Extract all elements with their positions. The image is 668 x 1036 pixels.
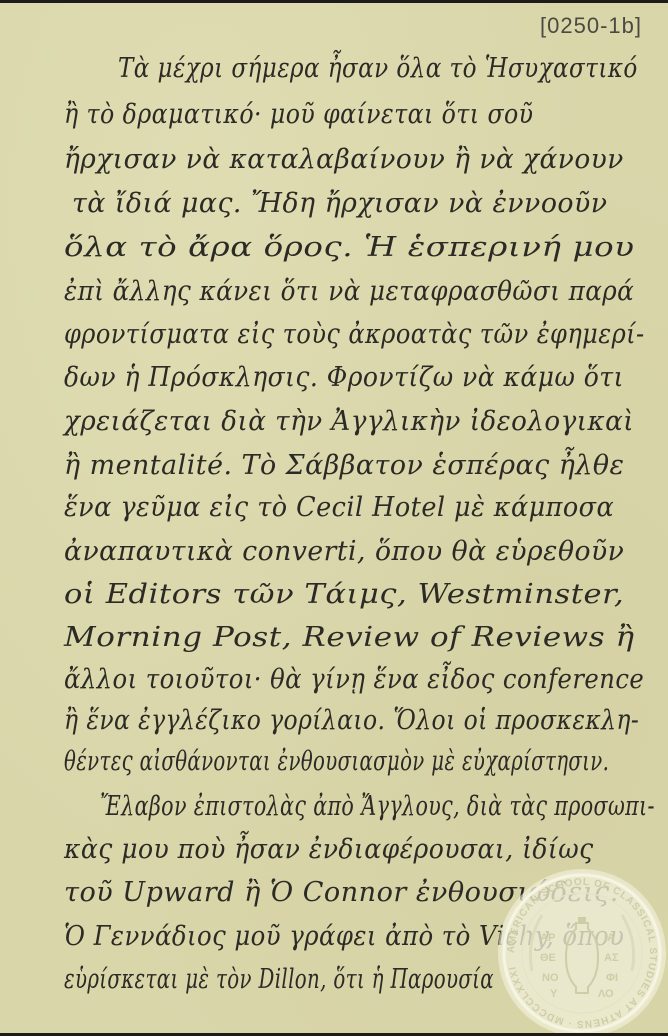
letter-line: εὑρίσκεται μὲ τὸν Dillon, ὅτι ἡ Παρουσία: [64, 964, 494, 995]
svg-text:ΝΟ: ΝΟ: [542, 972, 559, 984]
letter-line: τὰ ἴδιά μας. Ἤδη ἤρχισαν νὰ ἐννοοῦν: [72, 188, 608, 219]
letter-line: Τὰ μέχρι σήμερα ἦσαν ὅλα τὸ Ἡσυχαστικό: [118, 53, 638, 84]
letter-line: ἤρχισαν νὰ καταλαβαίνουν ἢ νὰ χάνουν: [64, 144, 624, 175]
svg-text:Υ: Υ: [550, 988, 558, 1000]
letter-line: χρειάζεται διὰ τὴν Ἀγγλικὴν ἰδεολογικαὶ: [64, 406, 634, 437]
letter-line: ἄλλοι τοιοῦτοι· θὰ γίνῃ ἕνα εἶδος confer…: [64, 664, 644, 695]
letter-line: ἢ τὸ δραματικό· μοῦ φαίνεται ὅτι σοῦ: [64, 99, 533, 130]
svg-text:ΙΑ: ΙΑ: [604, 932, 615, 944]
svg-text:ΘΕ: ΘΕ: [540, 952, 556, 964]
seal-ring-text: AMERICAN SCHOOL OF CLASSICAL STUDIES AT …: [506, 877, 658, 1029]
seal-emblem-icon: AMERICAN SCHOOL OF CLASSICAL STUDIES AT …: [500, 871, 664, 1033]
letter-line: ὅλα τὸ ἄρα ὅρος. Ἡ ἑσπερινή μου: [64, 232, 635, 263]
letter-line: οἱ Editors τῶν Τάιμς, Westminster,: [64, 579, 624, 610]
letter-line: Morning Post, Review of Reviews ἢ: [64, 622, 635, 653]
archive-watermark-seal: AMERICAN SCHOOL OF CLASSICAL STUDIES AT …: [500, 871, 664, 1033]
scanned-letter-page: [0250-1b] Τὰ μέχρι σήμερα ἦσαν ὅλα τὸ Ἡσ…: [0, 3, 668, 1033]
letter-line: θέντες αἰσθάνονται ἐνθουσιασμὸν μὲ εὐχαρ…: [64, 746, 609, 777]
svg-text:ΑΣ: ΑΣ: [604, 952, 619, 964]
letter-line: ἐπὶ ἄλλης κάνει ὅτι νὰ μεταφρασθῶσι παρά: [64, 276, 634, 307]
letter-line: ἢ ἕνα ἐγγλέζικο γορίλαιο. Ὅλοι οἱ προσκε…: [64, 705, 639, 736]
letter-line: ἀναπαυτικὰ converti, ὅπου θὰ εὑρεθοῦν: [64, 536, 624, 567]
svg-text:AMERICAN SCHOOL OF CLASSICAL S: AMERICAN SCHOOL OF CLASSICAL STUDIES AT …: [506, 877, 658, 1029]
svg-text:ΦΙ: ΦΙ: [606, 972, 618, 984]
letter-line: κὰς μου ποὺ ἦσαν ἐνδιαφέρουσαι, ἰδίως: [64, 834, 594, 865]
letter-line: ἕνα γεῦμα εἰς τὸ Cecil Hotel μὲ κάμποσα: [64, 492, 614, 523]
letter-line: δων ἡ Πρόσκλησις. Φροντίζω νὰ κάμω ὅτι: [64, 362, 624, 393]
svg-text:ΑΡ: ΑΡ: [540, 932, 555, 944]
letter-line: φροντίσματα εἰς τοὺς ἀκροατὰς τῶν ἐφημερ…: [64, 319, 645, 350]
letter-line: Ἔλαβον ἐπιστολὰς ἀπὸ Ἄγγλους, διὰ τὰς πρ…: [100, 791, 655, 822]
svg-text:ΛΟ: ΛΟ: [598, 988, 614, 1000]
letter-line: ἢ mentalité. Τὸ Σάββατον ἑσπέρας ἦλθε: [64, 450, 624, 481]
